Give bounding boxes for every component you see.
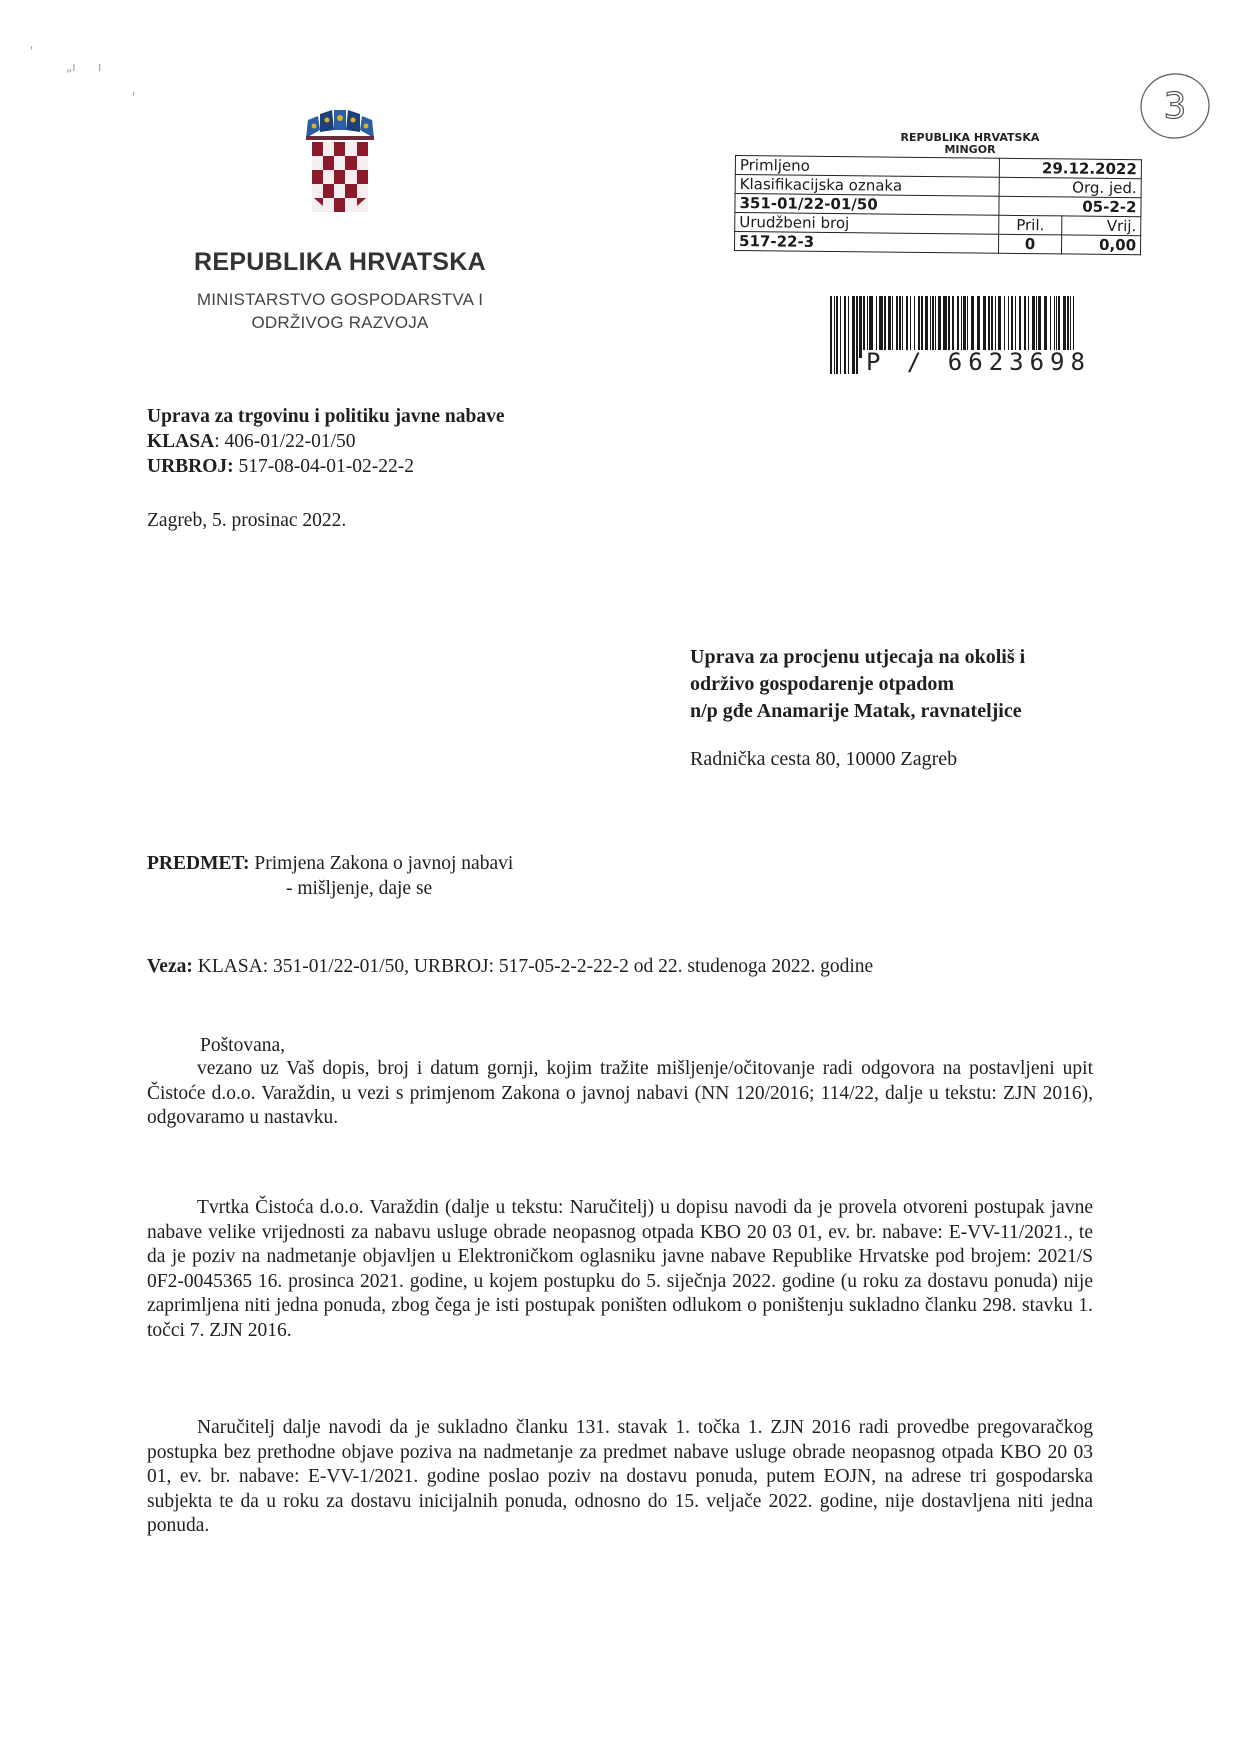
ministry-line-2: ODRŽIVOG RAZVOJA — [140, 311, 540, 334]
recipient-address: Radnička cesta 80, 10000 Zagreb — [690, 748, 957, 771]
body-paragraph-1: vezano uz Vaš dopis, broj i datum gornji… — [147, 1057, 1093, 1131]
barcode-number: P / 6623698 — [862, 350, 1095, 374]
klasa-value: : 406-01/22-01/50 — [214, 431, 355, 452]
stamp-received-date: 29.12.2022 — [999, 158, 1141, 178]
body-paragraph-3: Naručitelj dalje navodi da je sukladno č… — [147, 1416, 1093, 1539]
stamp-registry-value: 517-22-3 — [734, 232, 998, 254]
stamp-org-unit-label: Org. jed. — [999, 177, 1141, 197]
stamp-classification-label: Klasifikacijska oznaka — [735, 175, 999, 197]
subject-line-1: Primjena Zakona o javnoj nabavi — [250, 853, 514, 874]
reference-line: Veza: KLASA: 351-01/22-01/50, URBROJ: 51… — [147, 956, 873, 978]
page-marker-icon: 3 — [1130, 58, 1220, 148]
stamp-value-value: 0,00 — [1061, 235, 1140, 255]
paragraph-text: vezano uz Vaš dopis, broj i datum gornji… — [147, 1057, 1093, 1131]
stamp-attachments-value: 0 — [998, 234, 1061, 254]
urbroj-label: URBROJ: — [147, 456, 234, 477]
stamp-value-label: Vrij. — [1062, 216, 1141, 236]
paragraph-text: Naručitelj dalje navodi da je sukladno č… — [147, 1416, 1093, 1539]
sender-department: Uprava za trgovinu i politiku javne naba… — [147, 404, 505, 429]
sender-block: Uprava za trgovinu i politiku javne naba… — [147, 404, 505, 479]
ministry-line-1: MINISTARSTVO GOSPODARSTVA I — [140, 288, 540, 311]
stamp-registry-label: Urudžbeni broj — [735, 213, 999, 235]
body-paragraph-2: Tvrtka Čistoća d.o.o. Varaždin (dalje u … — [147, 1196, 1093, 1343]
scan-mark: ' — [30, 44, 33, 58]
croatian-coat-of-arms-icon — [300, 108, 380, 218]
subject-block: PREDMET: Primjena Zakona o javnoj nabavi… — [147, 851, 513, 901]
recipient-line-1: Uprava za procjenu utjecaja na okoliš i — [690, 644, 1025, 671]
subject-label: PREDMET: — [147, 853, 250, 874]
registration-stamp: Primljeno 29.12.2022 Klasifikacijska ozn… — [734, 155, 1142, 255]
place-date: Zagreb, 5. prosinac 2022. — [147, 510, 346, 532]
stamp-attachments-label: Pril. — [999, 215, 1062, 235]
stamp-header-line-2: MINGOR — [890, 144, 1050, 156]
scan-mark: ı — [98, 60, 101, 74]
scan-mark: „ı — [66, 60, 76, 74]
recipient-block: Uprava za procjenu utjecaja na okoliš i … — [690, 644, 1025, 725]
subject-line-2: - mišljenje, daje se — [147, 876, 513, 901]
reference-label: Veza: — [147, 956, 193, 977]
reference-text: KLASA: 351-01/22-01/50, URBROJ: 517-05-2… — [193, 956, 873, 977]
sender-klasa: KLASA: 406-01/22-01/50 — [147, 429, 505, 454]
scan-mark: ' — [132, 90, 135, 104]
stamp-header: REPUBLIKA HRVATSKA MINGOR — [890, 132, 1050, 156]
page-marker-number: 3 — [1164, 86, 1187, 127]
stamp-classification-value: 351-01/22-01/50 — [735, 194, 999, 216]
stamp-org-unit-value: 05-2-2 — [999, 196, 1141, 216]
recipient-line-3: n/p gđe Anamarije Matak, ravnateljice — [690, 698, 1025, 725]
recipient-line-2: održivo gospodarenje otpadom — [690, 671, 1025, 698]
greeting: Poštovana, — [200, 1035, 285, 1057]
klasa-label: KLASA — [147, 431, 214, 452]
paragraph-text: Tvrtka Čistoća d.o.o. Varaždin (dalje u … — [147, 1196, 1093, 1343]
header-country: REPUBLIKA HRVATSKA — [140, 248, 540, 277]
header-ministry: MINISTARSTVO GOSPODARSTVA I ODRŽIVOG RAZ… — [140, 288, 540, 334]
urbroj-value: 517-08-04-01-02-22-2 — [234, 456, 414, 477]
stamp-received-label: Primljeno — [735, 156, 999, 178]
sender-urbroj: URBROJ: 517-08-04-01-02-22-2 — [147, 454, 505, 479]
